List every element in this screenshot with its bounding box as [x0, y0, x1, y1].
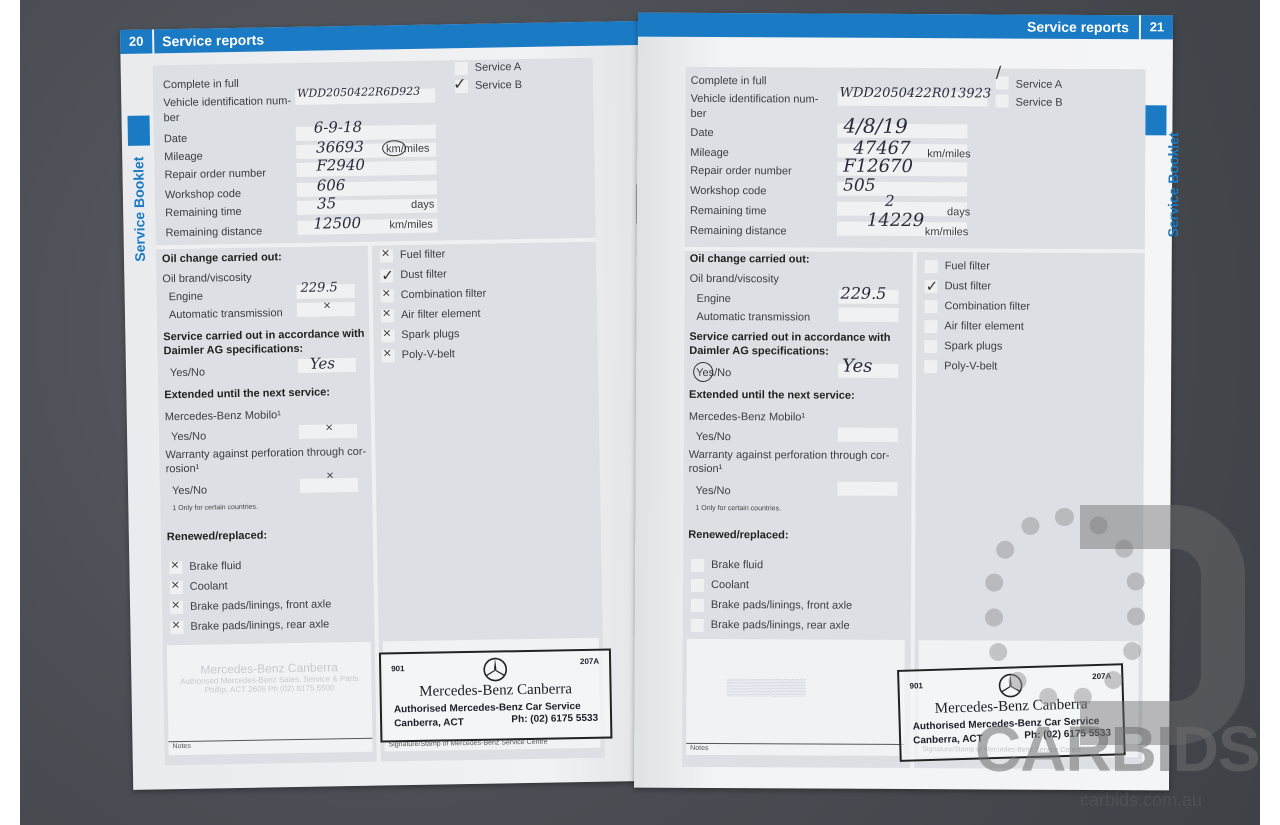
- stamp-code-right: 207A: [580, 657, 599, 666]
- item-label: Air filter element: [401, 308, 481, 321]
- mileage-unit: km/miles: [927, 148, 970, 160]
- item-label: Spark plugs: [944, 340, 1002, 352]
- footnote: 1 Only for certain countries.: [695, 505, 781, 512]
- oil-brand-label: Oil brand/viscosity: [690, 273, 779, 285]
- mileage-label: Mileage: [164, 151, 203, 164]
- item-checkbox[interactable]: [925, 260, 938, 273]
- auto-trans-label: Automatic transmission: [696, 311, 810, 324]
- item-label: Poly-V-belt: [402, 348, 455, 361]
- page-number: 20: [120, 29, 154, 54]
- item-checkbox[interactable]: [924, 340, 937, 353]
- remaining-time-label: Remaining time: [690, 205, 766, 217]
- warranty-yes-no-label: Yes/No: [172, 485, 207, 498]
- renewed-heading: Renewed/replaced:: [688, 529, 788, 542]
- item-label: Brake fluid: [711, 559, 763, 571]
- stamp-location: Canberra, ACT: [394, 717, 464, 729]
- daimler-spec-heading-cont: Daimler AG specifications:: [164, 343, 304, 357]
- vin-value: WDD2050422R013923: [840, 86, 992, 102]
- vehicle-details-section: Complete in full Vehicle identification …: [153, 58, 596, 248]
- page-title: Service reports: [1027, 15, 1129, 40]
- item-label: Fuel filter: [945, 260, 990, 272]
- vin-label: Vehicle identification num-: [163, 95, 291, 109]
- cross-mark-icon: ×: [171, 578, 180, 591]
- renewed-heading: Renewed/replaced:: [167, 530, 267, 544]
- workshop-code-label: Workshop code: [690, 185, 766, 197]
- engine-oil-value: 229.5: [300, 280, 337, 296]
- stamp-code-left: 901: [909, 681, 923, 690]
- vin-label: Vehicle identification num-: [691, 93, 819, 106]
- stamp-location: Canberra, ACT: [913, 733, 983, 746]
- complete-in-full-label: Complete in full: [691, 75, 767, 87]
- complete-in-full-label: Complete in full: [163, 78, 239, 91]
- vin-value: WDD2050422R6D923: [297, 85, 420, 100]
- extended-heading: Extended until the next service:: [689, 389, 855, 402]
- section-tab-marker: [127, 115, 150, 145]
- item-label: Coolant: [190, 580, 228, 593]
- engine-oil-label: Engine: [169, 291, 203, 304]
- right-page: Service reports 21 Service Booklet Compl…: [634, 13, 1173, 791]
- warranty-yes-no-label: Yes/No: [695, 485, 730, 497]
- item-label: Combination filter: [401, 288, 487, 301]
- cross-mark-icon: ×: [382, 306, 391, 319]
- remaining-time-unit: days: [947, 206, 970, 218]
- stamp-phone: Ph: (02) 6175 5533: [1024, 728, 1111, 742]
- mileage-label: Mileage: [690, 147, 729, 159]
- mercedes-star-icon: [482, 656, 508, 682]
- daimler-spec-value: Yes: [310, 354, 335, 372]
- vin-label-cont: ber: [163, 112, 179, 124]
- cross-mark-icon: ×: [383, 346, 392, 359]
- service-b-label: Service B: [475, 79, 522, 92]
- mobilo-yes-no-label: Yes/No: [696, 431, 731, 443]
- item-checkbox[interactable]: [691, 599, 704, 612]
- daimler-spec-heading: Service carried out in accordance with: [163, 328, 364, 344]
- extended-heading: Extended until the next service:: [164, 386, 330, 401]
- notes-label: Notes: [690, 745, 708, 752]
- stamp-dealer-name: Mercedes-Benz Canberra: [381, 681, 609, 702]
- date-value: 4/8/19: [843, 114, 907, 138]
- item-label: Fuel filter: [400, 248, 445, 261]
- workshop-code-value: 505: [843, 176, 876, 196]
- mobilo-label: Mercedes-Benz Mobilo¹: [689, 411, 805, 424]
- service-b-check-icon: ✓: [453, 74, 467, 93]
- page-number: 21: [1139, 15, 1173, 39]
- cross-mark-icon: ×: [171, 618, 180, 631]
- item-checkbox[interactable]: [691, 619, 704, 632]
- item-checkbox[interactable]: [924, 320, 937, 333]
- warranty-label: Warranty against perforation through cor…: [689, 449, 890, 462]
- date-label: Date: [164, 133, 187, 145]
- date-value: 6-9-18: [314, 118, 363, 137]
- left-page: 20 Service reports Service Booklet Compl…: [120, 21, 651, 790]
- item-checkbox[interactable]: [691, 579, 704, 592]
- item-label: Brake pads/linings, rear axle: [711, 619, 850, 632]
- cross-mark-icon: ×: [171, 598, 180, 611]
- repair-order-label: Repair order number: [164, 167, 266, 181]
- service-b-checkbox[interactable]: [996, 94, 1009, 107]
- warranty-value: ×: [326, 470, 335, 481]
- cross-mark-icon: ×: [170, 558, 179, 571]
- mercedes-star-icon: [997, 672, 1024, 699]
- remaining-time-value: 2: [885, 192, 895, 210]
- oil-change-heading: Oil change carried out:: [690, 253, 810, 266]
- daimler-spec-heading-cont: Daimler AG specifications:: [689, 345, 829, 358]
- warranty-label-cont: rosion¹: [689, 463, 723, 475]
- dealer-stamp: 901 207A Mercedes-Benz Canberra Authoris…: [379, 649, 613, 743]
- item-label: Dust filter: [945, 280, 992, 292]
- item-label: Brake fluid: [189, 560, 241, 573]
- remaining-time-unit: days: [411, 199, 434, 211]
- mobilo-yes-no-label: Yes/No: [171, 431, 206, 444]
- repair-order-value: F12670: [843, 156, 913, 177]
- section-tab-marker: [1144, 105, 1166, 135]
- engine-oil-value: 229.5: [841, 284, 887, 303]
- oil-brand-label: Oil brand/viscosity: [162, 272, 251, 286]
- footnote: 1 Only for certain countries.: [172, 504, 258, 512]
- notes-label: Notes: [172, 743, 190, 750]
- engine-oil-label: Engine: [697, 293, 731, 305]
- service-a-check-icon: /: [996, 62, 1001, 81]
- workshop-code-label: Workshop code: [165, 188, 241, 201]
- warranty-label: Warranty against perforation through cor…: [165, 446, 366, 462]
- warranty-field[interactable]: [838, 482, 898, 496]
- mobilo-label: Mercedes-Benz Mobilo¹: [165, 409, 281, 423]
- item-label: Spark plugs: [401, 328, 459, 341]
- faded-dealer-stamp: Mercedes-Benz Canberra Authorised Merced…: [167, 660, 372, 696]
- item-label: Dust filter: [400, 268, 447, 281]
- service-a-label: Service A: [475, 61, 522, 74]
- remaining-distance-value: 14229: [867, 210, 924, 231]
- item-label: Brake pads/linings, front axle: [711, 599, 852, 612]
- cross-mark-icon: ×: [382, 286, 391, 299]
- auto-trans-label: Automatic transmission: [169, 307, 283, 321]
- auto-trans-value: ×: [323, 300, 332, 311]
- cross-mark-icon: ×: [381, 246, 390, 259]
- section-side-label: Service Booklet: [130, 156, 148, 261]
- page-header: 20 Service reports: [120, 21, 638, 54]
- item-label: Poly-V-belt: [944, 360, 997, 372]
- page-header: Service reports 21: [638, 13, 1173, 40]
- yes-circled-mark: [693, 362, 713, 382]
- stamp-phone: Ph: (02) 6175 5533: [511, 713, 598, 726]
- daimler-spec-heading: Service carried out in accordance with: [689, 331, 890, 344]
- service-a-label: Service A: [1016, 79, 1063, 91]
- page-title: Service reports: [162, 27, 264, 53]
- item-label: Brake pads/linings, rear axle: [190, 618, 329, 632]
- item-label: Air filter element: [944, 320, 1024, 332]
- remaining-distance-unit: km/miles: [925, 226, 968, 238]
- stamp-code-left: 901: [391, 664, 405, 673]
- item-label: Combination filter: [944, 300, 1030, 312]
- daimler-spec-value: Yes: [842, 356, 872, 377]
- faded-ink-mark: ▒▒▒▒▒▒▒: [726, 679, 805, 697]
- item-checkbox[interactable]: [924, 360, 937, 373]
- renewed-list: Brake fluidCoolantBrake pads/linings, fr…: [685, 251, 913, 252]
- repair-order-value: F2940: [316, 156, 365, 175]
- item-checkbox[interactable]: [924, 300, 937, 313]
- warranty-label-cont: rosion¹: [166, 463, 200, 476]
- daimler-yes-no-label: Yes/No: [170, 367, 205, 380]
- dealer-stamp: 901 207A Mercedes-Benz Canberra Authoris…: [897, 663, 1126, 762]
- check-mark-icon: ✓: [926, 277, 939, 295]
- mobilo-field[interactable]: [838, 428, 898, 442]
- item-checkbox[interactable]: [691, 559, 704, 572]
- remaining-distance-value: 12500: [313, 214, 361, 233]
- mobilo-value: ×: [325, 422, 334, 433]
- remaining-time-label: Remaining time: [165, 206, 242, 219]
- remaining-distance-label: Remaining distance: [165, 226, 262, 240]
- repair-order-label: Repair order number: [690, 165, 792, 178]
- date-label: Date: [690, 127, 713, 139]
- remaining-distance-label: Remaining distance: [690, 225, 787, 238]
- filters-list: Fuel filter✓Dust filterCombination filte…: [917, 252, 1145, 253]
- section-side-label: Service Booklet: [1165, 132, 1182, 237]
- check-mark-icon: ✓: [381, 266, 394, 284]
- cross-mark-icon: ×: [382, 326, 391, 339]
- service-b-label: Service B: [1016, 97, 1063, 109]
- remaining-distance-unit: km/miles: [389, 219, 433, 232]
- notes-area[interactable]: ▒▒▒▒▒▒▒ Notes: [686, 639, 905, 756]
- vin-label-cont: ber: [690, 108, 706, 120]
- item-label: Brake pads/linings, front axle: [190, 598, 331, 612]
- vehicle-details-section: Complete in full Vehicle identification …: [685, 67, 1146, 251]
- service-booklet: 20 Service reports Service Booklet Compl…: [0, 0, 1280, 825]
- stamp-code-right: 207A: [1092, 672, 1111, 682]
- notes-area[interactable]: Mercedes-Benz Canberra Authorised Merced…: [167, 642, 373, 756]
- auto-trans-field[interactable]: [838, 308, 898, 322]
- remaining-time-value: 35: [317, 194, 336, 212]
- workshop-code-value: 606: [317, 176, 346, 194]
- item-label: Coolant: [711, 579, 749, 591]
- oil-change-heading: Oil change carried out:: [162, 251, 282, 265]
- mileage-value: 36693: [316, 138, 364, 157]
